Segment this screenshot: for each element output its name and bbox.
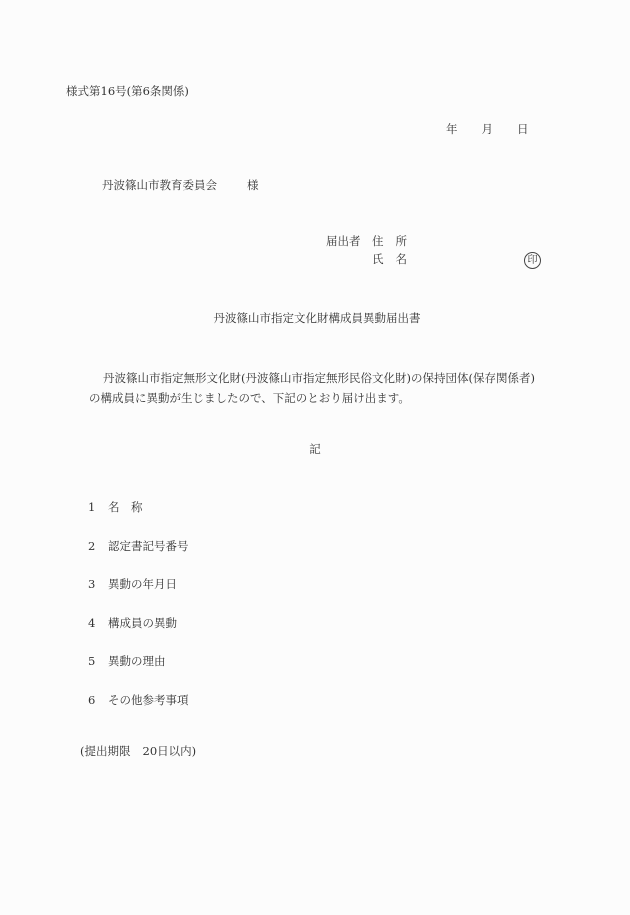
applicant-label: 届出者 — [326, 236, 372, 248]
name-label: 氏名 — [372, 254, 406, 266]
form-number: 様式第16号(第6条関係) — [66, 86, 189, 98]
body-paragraph: 丹波篠山市指定無形文化財(丹波篠山市指定無形民俗文化財)の保持団体(保存関係者)… — [91, 368, 561, 408]
list-item: 1名 称 — [88, 502, 189, 541]
month-label: 月 — [482, 124, 494, 136]
list-item: 2認定書記号番号 — [88, 541, 189, 580]
list-item: 3異動の年月日 — [88, 579, 189, 618]
address-label: 住所 — [372, 236, 406, 248]
body-line-2: の構成員に異動が生じましたので、下記のとおり届け出ます。 — [89, 388, 561, 408]
addressee-honorific: 様 — [247, 178, 259, 192]
list-item: 4構成員の異動 — [88, 618, 189, 657]
list-item: 6その他参考事項 — [88, 695, 189, 734]
day-label: 日 — [517, 124, 529, 136]
applicant-block: 届出者 住所 氏名 — [326, 236, 406, 272]
addressee-name: 丹波篠山市教育委員会 — [102, 178, 217, 192]
list-item: 5異動の理由 — [88, 656, 189, 695]
items-list: 1名 称 2認定書記号番号 3異動の年月日 4構成員の異動 5異動の理由 6その… — [88, 502, 189, 733]
year-label: 年 — [446, 124, 458, 136]
seal-icon: 印 — [524, 252, 541, 269]
date-line: 年月日 — [446, 124, 529, 136]
ki-heading: 記 — [0, 444, 630, 456]
submission-deadline: (提出期限20日以内) — [80, 746, 196, 758]
document-title: 丹波篠山市指定文化財構成員異動届出書 — [0, 313, 630, 325]
body-line-1: 丹波篠山市指定無形文化財(丹波篠山市指定無形民俗文化財)の保持団体(保存関係者) — [91, 368, 561, 388]
applicant-address-row: 届出者 住所 — [326, 236, 406, 254]
applicant-name-row: 氏名 — [326, 254, 406, 272]
addressee: 丹波篠山市教育委員会様 — [102, 180, 259, 192]
